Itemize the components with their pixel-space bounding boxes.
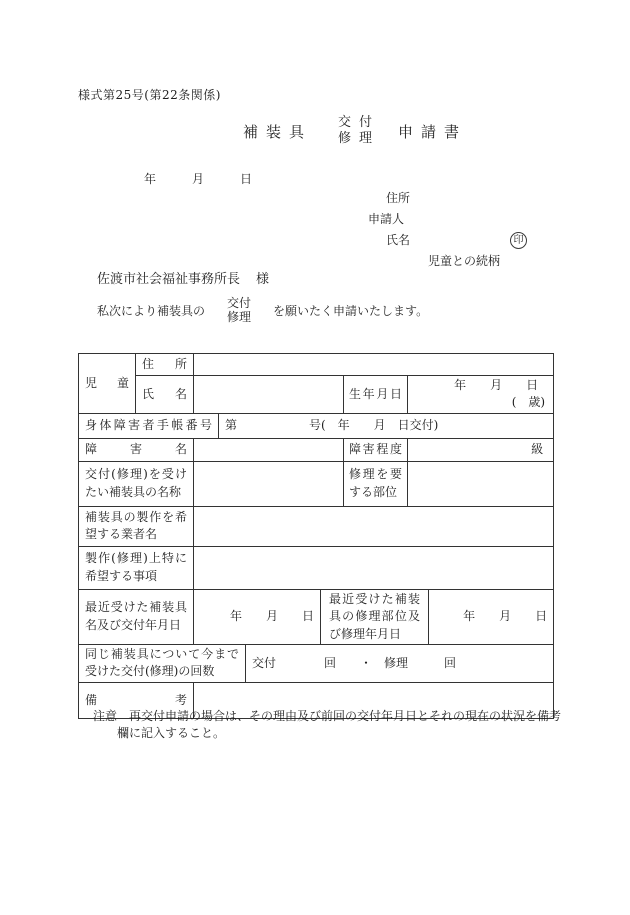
row-child-address: 児 童 住 所	[79, 354, 554, 376]
request-grant-repair-stack: 交付 修理	[227, 296, 251, 325]
child-address-label: 住 所	[136, 354, 194, 376]
title-left: 補装具	[243, 121, 312, 142]
applicant-relation-label: 児童との続柄	[428, 252, 527, 273]
applicant-group-label: 申請人	[368, 210, 527, 231]
application-table: 児 童 住 所 氏 名 生年月日 年 月 日 ( 歳) 身体障害者手帳番号 第 …	[78, 353, 554, 719]
application-date-line: 年 月 日	[144, 170, 252, 187]
row-techo: 身体障害者手帳番号 第 号( 年 月 日交付)	[79, 413, 554, 438]
applicant-address-label: 住所	[386, 189, 527, 210]
field-child-address	[194, 354, 554, 376]
degree-label: 障害程度	[344, 438, 408, 461]
count-label: 同じ補装具について今まで受けた交付(修理)の回数	[79, 644, 246, 682]
field-birthdate: 年 月 日 ( 歳)	[408, 376, 554, 414]
child-label: 児 童	[79, 354, 136, 414]
addressee-honorific: 様	[256, 272, 269, 287]
repair-part-label: 修理を要する部位	[344, 461, 408, 506]
maker-label: 補装具の製作を希望する業者名	[79, 506, 194, 546]
field-techo-number: 第 号( 年 月 日交付)	[219, 413, 554, 438]
addressee-line: 佐渡市社会福祉事務所長様	[97, 268, 269, 287]
addressee-office: 佐渡市社会福祉事務所長	[97, 272, 240, 287]
birthdate-label: 生年月日	[344, 376, 408, 414]
title-grant-repair-stack: 交付 修理	[330, 115, 380, 147]
request-stack-repair: 修理	[227, 310, 251, 324]
title-right: 申請書	[398, 121, 467, 142]
row-child-name: 氏 名 生年月日 年 月 日 ( 歳)	[79, 376, 554, 414]
row-recent: 最近受けた補装具名及び交付年月日 年 月 日 最近受けた補装具の修理部位及び修理…	[79, 589, 554, 644]
recent-repair-label: 最近受けた補装具の修理部位及び修理年月日	[321, 589, 429, 644]
row-device: 交付(修理)を受けたい補装具の名称 修理を要する部位	[79, 461, 554, 506]
wish-label: 製作(修理)上特に希望する事項	[79, 546, 194, 589]
field-degree: 級	[408, 438, 554, 461]
request-sentence: 私次により補装具の 交付 修理 を願いたく申請いたします。	[97, 293, 428, 327]
disability-label: 障 害 名	[79, 438, 194, 461]
form-number: 様式第25号(第22条関係)	[78, 86, 221, 103]
recent-label: 最近受けた補装具名及び交付年月日	[79, 589, 194, 644]
request-suffix: を願いたく申請いたします。	[273, 302, 428, 319]
row-disability: 障 害 名 障害程度 級	[79, 438, 554, 461]
field-recent-date: 年 月 日	[194, 589, 321, 644]
request-stack-grant: 交付	[227, 296, 251, 310]
field-disability-name	[194, 438, 344, 461]
title-stack-grant: 交付	[330, 115, 380, 131]
device-label: 交付(修理)を受けたい補装具の名称	[79, 461, 194, 506]
row-wish: 製作(修理)上特に希望する事項	[79, 546, 554, 589]
birthdate-age: ( 歳)	[414, 394, 547, 411]
request-prefix: 私次により補装具の	[97, 302, 205, 319]
applicant-name-label: 氏名	[386, 233, 410, 247]
field-wish-items	[194, 546, 554, 589]
form-title: 補装具 交付 修理 申請書	[243, 108, 467, 154]
seal-mark-icon: 印	[510, 232, 527, 249]
footnote-line1: 注意 再交付申請の場合は、その理由及び前回の交付年月日とそれの現在の状況を備考	[93, 708, 561, 725]
field-maker-name	[194, 506, 554, 546]
field-recent-repair-date: 年 月 日	[429, 589, 554, 644]
form-page: 様式第25号(第22条関係) 補装具 交付 修理 申請書 年 月 日 住所 申請…	[0, 0, 630, 915]
field-child-name	[194, 376, 344, 414]
row-maker: 補装具の製作を希望する業者名	[79, 506, 554, 546]
footnote: 注意 再交付申請の場合は、その理由及び前回の交付年月日とそれの現在の状況を備考 …	[93, 708, 561, 742]
techo-label: 身体障害者手帳番号	[79, 413, 219, 438]
applicant-block: 住所 申請人 氏名印 児童との続柄	[368, 189, 527, 273]
title-stack-repair: 修理	[330, 131, 380, 147]
child-name-label: 氏 名	[136, 376, 194, 414]
row-count: 同じ補装具について今まで受けた交付(修理)の回数 交付 回 ・ 修理 回	[79, 644, 554, 682]
birthdate-ymd: 年 月 日	[414, 377, 547, 394]
field-count: 交付 回 ・ 修理 回	[246, 644, 554, 682]
field-device-name	[194, 461, 344, 506]
field-repair-part	[408, 461, 554, 506]
footnote-line2: 欄に記入すること。	[117, 725, 561, 742]
applicant-name-line: 氏名印	[386, 231, 527, 252]
